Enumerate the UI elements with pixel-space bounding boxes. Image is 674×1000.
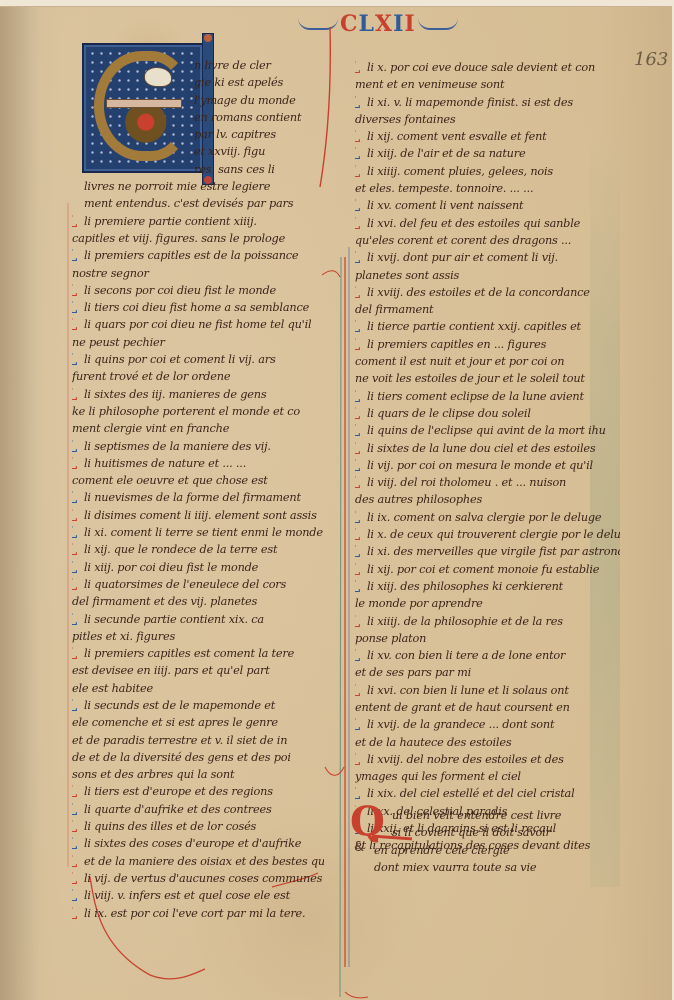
text-line: Lli xiiij. de la philosophie et de la re… [355,613,620,630]
line-text: li xix. del ciel estellé et del ciel cri… [355,785,575,802]
text-line: et xxviij. figu [72,143,324,160]
text-line: ymages qui les forment el ciel [355,768,620,785]
text-line: coment ele oeuvre et que chose est [72,472,324,489]
line-text: ponse platon [355,630,426,647]
paragraph-mark-icon: L [355,544,363,560]
line-text: entent de grant et de haut coursent en [355,699,570,716]
text-line: Lli huitismes de nature et ... ... [72,455,324,472]
line-text: li huitismes de nature et ... ... [72,455,246,472]
line-text: li quins por coi et coment li vij. ars [72,351,276,368]
text-line: de et de la diversité des gens et des po… [72,749,324,766]
line-text: li tiers coi dieu fist home a sa semblan… [72,299,309,316]
line-text: li xv. con bien li tere a de lone entor [355,647,565,664]
paragraph-mark-icon: L [355,389,363,405]
text-line: Lli quatorsimes de l'eneulece del cors [72,576,324,593]
text-line: coment il est nuit et jour et por coi on [355,353,620,370]
line-text: li quins de l'eclipse qui avint de la mo… [355,422,606,439]
text-line: Lli vij. de vertus d'aucunes coses commu… [72,870,324,887]
line-text: li ix. est por coi l'eve cort par mi la … [72,905,305,922]
paragraph-mark-icon: L [72,352,80,368]
line-text: li premiers capitles en ... figures [355,336,546,353]
text-line: Lli premiers capitles en ... figures [355,336,620,353]
paragraph-mark-icon: L [355,95,363,111]
line-text: li xvi. con bien li lune et li solaus on… [355,682,569,699]
line-text: li xiij. des philosophes ki cerkierent [355,578,563,595]
line-text: livres ne porroit mie estre legiere [72,178,270,195]
text-line: sons et des arbres qui la sont [72,766,324,783]
line-text: li xiij. por coi dieu fist le monde [72,559,258,576]
line-text: li xiiij. coment pluies, gelees, nois [355,163,553,180]
text-line: Lli quins des illes et de lor cosés [72,818,324,835]
text-line: Lli xiij. des philosophes ki cerkierent [355,578,620,595]
text-line: nostre segnor [72,265,324,282]
paragraph-mark-icon: L [72,283,80,299]
line-text: li xviij. des estoiles et de la concorda… [355,284,590,301]
text-line: des autres philosophes [355,491,620,508]
text-line: Lli xvij. dont pur air et coment li vij. [355,249,620,266]
line-text: li sixtes des coses d'europe et d'aufrik… [72,835,301,852]
line-text: li quars por coi dieu ne fist home tel q… [72,316,311,333]
text-line: Lli xviij. del nobre des estoiles et des [355,751,620,768]
text-line: ne voit les estoiles de jour et le solei… [355,370,620,387]
line-text: pitles et xi. figures [72,628,175,645]
paragraph-mark-icon: L [355,458,363,474]
text-line: Lli quars por coi dieu ne fist home tel … [72,316,324,333]
line-text: et xxviij. figu [134,143,265,160]
text-line: Lli premiers capitles est de la poissanc… [72,247,324,264]
paragraph-mark-icon: L [72,888,80,904]
line-text: del firmament et des vij. planetes [72,593,257,610]
text-line: planetes sont assis [355,267,620,284]
text-line: Lli xix. del ciel estellé et del ciel cr… [355,785,620,802]
paragraph-mark-icon: L [72,698,80,714]
line-text: li xiiij. de la philosophie et de la res [355,613,563,630]
paragraph-mark-icon: L [355,423,363,439]
line-text: li xij. que le rondece de la terre est [72,541,277,558]
text-line: Lli xi. coment li terre se tient enmi le… [72,524,324,541]
paragraph-mark-icon: L [72,214,80,230]
text-line: Lli sixtes des coses d'europe et d'aufri… [72,835,324,852]
manuscript-folio: CLXII 163 n livre de clergie ki est apel… [0,6,672,1000]
paragraph-mark-icon: L [72,612,80,628]
paragraph-mark-icon: L [72,906,80,922]
text-line: Lli sixtes de la lune dou ciel et des es… [355,440,620,457]
text-line: ponse platon [355,630,620,647]
text-line: entent de grant et de haut coursent en [355,699,620,716]
text-line: del firmament [355,301,620,318]
paragraph-mark-icon: L [355,198,363,214]
paragraph-mark-icon: L [355,146,363,162]
paragraph-mark-icon: L [355,216,363,232]
paragraph-mark-icon: L [72,248,80,264]
paragraph-mark-icon: L [355,717,363,733]
line-text: li xij. coment vent esvalle et fent [355,128,547,145]
paragraph-mark-icon: L [72,802,80,818]
text-line: Lli tiers est d'europe et des regions [72,783,324,800]
text-line: Lli xiij. por coi dieu fist le monde [72,559,324,576]
text-line: Lli quins por coi et coment li vij. ars [72,351,324,368]
line-text: coment il est nuit et jour et por coi on [355,353,564,370]
line-text: sons et des arbres qui la sont [72,766,234,783]
line-text: furent trové et de lor ordene [72,368,230,385]
line-text: coment ele oeuvre et que chose est [72,472,268,489]
line-text: le monde por aprendre [355,595,483,612]
line-text: qu'eles corent et corent des dragons ... [355,232,571,249]
paragraph-mark-icon: L [355,164,363,180]
line-text: ele est habitee [72,680,153,697]
line-text: ymages qui les forment el ciel [355,768,521,785]
text-line: et eles. tempeste. tonnoire. ... ... [355,180,620,197]
line-text: li xvi. del feu et des estoiles qui sanb… [355,215,580,232]
line-text: del firmament [355,301,433,318]
line-text: li xviij. del nobre des estoiles et des [355,751,564,768]
line-text: li xi. v. li mapemonde finist. si est de… [355,94,573,111]
paragraph-mark-icon: L [355,406,363,422]
line-text: et de paradis terrestre et v. il siet de… [72,732,287,749]
text-line: Lli viij. del roi tholomeu . et ... nuis… [355,474,620,491]
line-text: li premiere partie contient xiiij. [72,213,257,230]
line-text: ele comenche et si est apres le genre [72,714,278,731]
paragraph-mark-icon: L [72,439,80,455]
line-text: li secons por coi dieu fist le monde [72,282,276,299]
text-line: gie ki est apelés [72,74,324,91]
paragraph-mark-icon: L [72,560,80,576]
text-line: Lli xvij. de la grandece ... dont sont [355,716,620,733]
paragraph-mark-icon: L [355,510,363,526]
line-text: li quatorsimes de l'eneulece del cors [72,576,286,593]
line-text: li ix. coment on salva clergie por le de… [355,509,601,526]
line-text: li viij. v. infers est et quel cose ele … [72,887,290,904]
line-text: des autres philosophes [355,491,482,508]
paragraph-mark-icon: L [355,319,363,335]
text-line: Lli xvi. del feu et des estoiles qui san… [355,215,620,232]
text-line: Lli x. por coi eve douce sale devient et… [355,59,620,76]
paragraph-mark-icon: L [72,784,80,800]
line-text: li quarte d'aufrike et des contrees [72,801,272,818]
line-text: li xij. por coi et coment monoie fu esta… [355,561,599,578]
left-text-column: n livre de clergie ki est apelésl'ymage … [72,57,324,922]
line-text: li tiers coment eclipse de la lune avien… [355,388,584,405]
line-text: res. sans ces li [134,161,275,178]
text-line: Lli sixtes des iij. manieres de gens [72,386,324,403]
line-text: li vij. de vertus d'aucunes coses commun… [72,870,322,887]
text-line: Lli xv. coment li vent naissent [355,197,620,214]
closing-line: dont miex vaurra toute sa vie [374,859,622,876]
paragraph-mark-icon: L [355,250,363,266]
paragraph-mark-icon: L [355,441,363,457]
paragraph-mark-icon: L [355,527,363,543]
paragraph-mark-icon: L [72,836,80,852]
paragraph-mark-icon: L [72,854,80,870]
paragraph-mark-icon: L [355,337,363,353]
text-line: furent trové et de lor ordene [72,368,324,385]
text-line: et de paradis terrestre et v. il siet de… [72,732,324,749]
line-text: et de ses pars par mi [355,664,471,681]
right-text-column: Lli x. por coi eve douce sale devient et… [355,59,620,855]
text-line: Let de la maniere des oisiax et des best… [72,853,324,870]
line-text: li tierce partie contient xxij. capitles… [355,318,581,335]
paragraph-mark-icon: L [355,129,363,145]
text-line: Lli quins de l'eclipse qui avint de la m… [355,422,620,439]
line-text: li sixtes de la lune dou ciel et des est… [355,440,595,457]
line-text: li quars de le clipse dou soleil [355,405,531,422]
line-text: de et de la diversité des gens et des po… [72,749,291,766]
text-line: ke li philosophe porterent el monde et c… [72,403,324,420]
text-line: Lli premiere partie contient xiiij. [72,213,324,230]
line-text: li sixtes des iij. manieres de gens [72,386,266,403]
line-text: l'ymage du monde [134,92,296,109]
text-line: n livre de cler [72,57,324,74]
line-text: ne peust pechier [72,334,165,351]
text-line: par lv. capitres [72,126,324,143]
paragraph-mark-icon: L [355,60,363,76]
text-line: Lli x. de ceux qui trouverent clergie po… [355,526,620,543]
paragraph-mark-icon: L [355,614,363,630]
text-line: capitles et viij. figures. sans le prolo… [72,230,324,247]
text-line: Lli xiij. de l'air et de sa nature [355,145,620,162]
line-text: li disimes coment li iiij. element sont … [72,507,317,524]
paragraph-mark-icon: L [72,456,80,472]
text-line: Lli secunds est de le mapemonde et [72,697,324,714]
line-text: ne voit les estoiles de jour et le solei… [355,370,585,387]
line-text: nostre segnor [72,265,149,282]
text-line: del firmament et des vij. planetes [72,593,324,610]
text-line: Lli premiers capitles est coment la tere [72,645,324,662]
line-text: et de la hautece des estoiles [355,734,511,751]
line-text: li premiers capitles est de la poissance [72,247,298,264]
line-text: diverses fontaines [355,111,456,128]
text-line: Lli xi. v. li mapemonde finist. si est d… [355,94,620,111]
text-line: Lli tiers coment eclipse de la lune avie… [355,388,620,405]
text-line: et de la hautece des estoiles [355,734,620,751]
paragraph-ornament-icon: & [354,840,364,855]
text-line: ment entendus. c'est devisés par pars [72,195,324,212]
line-text: gie ki est apelés [134,74,283,91]
line-text: li septismes de la maniere des vij. [72,438,271,455]
paragraph-mark-icon: L [72,508,80,524]
closing-line: ui bien velt entendre cest livre [392,807,622,824]
paragraph-mark-icon: L [72,525,80,541]
closing-line: si li covient que il doit savoir [392,824,622,841]
line-text: li quins des illes et de lor cosés [72,818,256,835]
text-line: diverses fontaines [355,111,620,128]
text-line: ment et en venimeuse sont [355,76,620,93]
text-line: Lli ix. est por coi l'eve cort par mi la… [72,905,324,922]
text-line: Lli tierce partie contient xxij. capitle… [355,318,620,335]
text-line: en romans contient [72,109,324,126]
line-text: n livre de cler [134,57,271,74]
text-line: l'ymage du monde [72,92,324,109]
text-line: le monde por aprendre [355,595,620,612]
text-line: Lli nuevismes de la forme del firmament [72,489,324,506]
paragraph-mark-icon: L [72,300,80,316]
line-text: li secunde partie contient xix. ca [72,611,264,628]
line-text: li xi. des merveilles que virgile fist p… [355,543,620,560]
text-line: res. sans ces li [72,161,324,178]
paragraph-mark-icon: L [355,752,363,768]
text-line: Lli tiers coi dieu fist home a sa sembla… [72,299,324,316]
closing-line: en aprendre cele clergie [374,842,622,859]
text-line: Lli xiiij. coment pluies, gelees, nois [355,163,620,180]
paragraph-mark-icon: L [355,285,363,301]
line-text: li xvij. de la grandece ... dont sont [355,716,554,733]
paragraph-mark-icon: L [72,387,80,403]
text-line: et de ses pars par mi [355,664,620,681]
line-text: li viij. del roi tholomeu . et ... nuiso… [355,474,566,491]
line-text: li xiij. de l'air et de sa nature [355,145,525,162]
text-line: Lli xv. con bien li tere a de lone entor [355,647,620,664]
text-line: pitles et xi. figures [72,628,324,645]
line-text: li vij. por coi on mesura le monde et qu… [355,457,593,474]
line-text: li x. por coi eve douce sale devient et … [355,59,595,76]
closing-verse: ui bien velt entendre cest livresi li co… [392,807,622,876]
text-line: Lli xviij. des estoiles et de la concord… [355,284,620,301]
paragraph-mark-icon: L [72,317,80,333]
line-text: capitles et viij. figures. sans le prolo… [72,230,285,247]
text-line: Lli quars de le clipse dou soleil [355,405,620,422]
paragraph-mark-icon: L [355,475,363,491]
line-text: li tiers est d'europe et des regions [72,783,273,800]
text-line: Lli xi. des merveilles que virgile fist … [355,543,620,560]
paragraph-mark-icon: L [355,683,363,699]
line-text: ment clergie vint en franche [72,420,229,437]
text-line: ele est habitee [72,680,324,697]
line-text: et de la maniere des oisiax et des beste… [72,853,324,870]
text-line: ele comenche et si est apres le genre [72,714,324,731]
text-line: Lli xvi. con bien li lune et li solaus o… [355,682,620,699]
line-text: ke li philosophe porterent el monde et c… [72,403,300,420]
paragraph-mark-icon: L [72,871,80,887]
text-line: Lli xij. que le rondece de la terre est [72,541,324,558]
line-text: ment entendus. c'est devisés par pars [72,195,293,212]
line-text: et eles. tempeste. tonnoire. ... ... [355,180,533,197]
line-text: li nuevismes de la forme del firmament [72,489,301,506]
paragraph-mark-icon: L [72,490,80,506]
paragraph-mark-icon: L [72,542,80,558]
paragraph-mark-icon: L [355,579,363,595]
line-text: en romans contient [134,109,301,126]
text-line: Lli xij. coment vent esvalle et fent [355,128,620,145]
line-text: est devisee en iiij. pars et qu'el part [72,662,270,679]
text-line: livres ne porroit mie estre legiere [72,178,324,195]
line-text: ment et en venimeuse sont [355,76,504,93]
text-line: qu'eles corent et corent des dragons ... [355,232,620,249]
line-text: li premiers capitles est coment la tere [72,645,294,662]
text-line: Lli disimes coment li iiij. element sont… [72,507,324,524]
text-line: Lli secons por coi dieu fist le monde [72,282,324,299]
text-line: Lli xij. por coi et coment monoie fu est… [355,561,620,578]
paragraph-mark-icon: L [355,648,363,664]
text-line: Lli vij. por coi on mesura le monde et q… [355,457,620,474]
text-line: Lli quarte d'aufrike et des contrees [72,801,324,818]
line-text: li xvij. dont pur air et coment li vij. [355,249,558,266]
paragraph-mark-icon: L [355,562,363,578]
line-text: li xi. coment li terre se tient enmi le … [72,524,323,541]
line-text: planetes sont assis [355,267,459,284]
paragraph-mark-icon: L [72,819,80,835]
paragraph-mark-icon: L [72,646,80,662]
text-line: Lli secunde partie contient xix. ca [72,611,324,628]
line-text: li secunds est de le mapemonde et [72,697,275,714]
text-line: Lli viij. v. infers est et quel cose ele… [72,887,324,904]
text-line: Lli ix. coment on salva clergie por le d… [355,509,620,526]
line-text: li x. de ceux qui trouverent clergie por… [355,526,620,543]
text-line: ment clergie vint en franche [72,420,324,437]
text-line: est devisee en iiij. pars et qu'el part [72,662,324,679]
paragraph-mark-icon: L [72,577,80,593]
text-line: Lli septismes de la maniere des vij. [72,438,324,455]
text-line: ne peust pechier [72,334,324,351]
line-text: par lv. capitres [134,126,276,143]
line-text: li xv. coment li vent naissent [355,197,523,214]
